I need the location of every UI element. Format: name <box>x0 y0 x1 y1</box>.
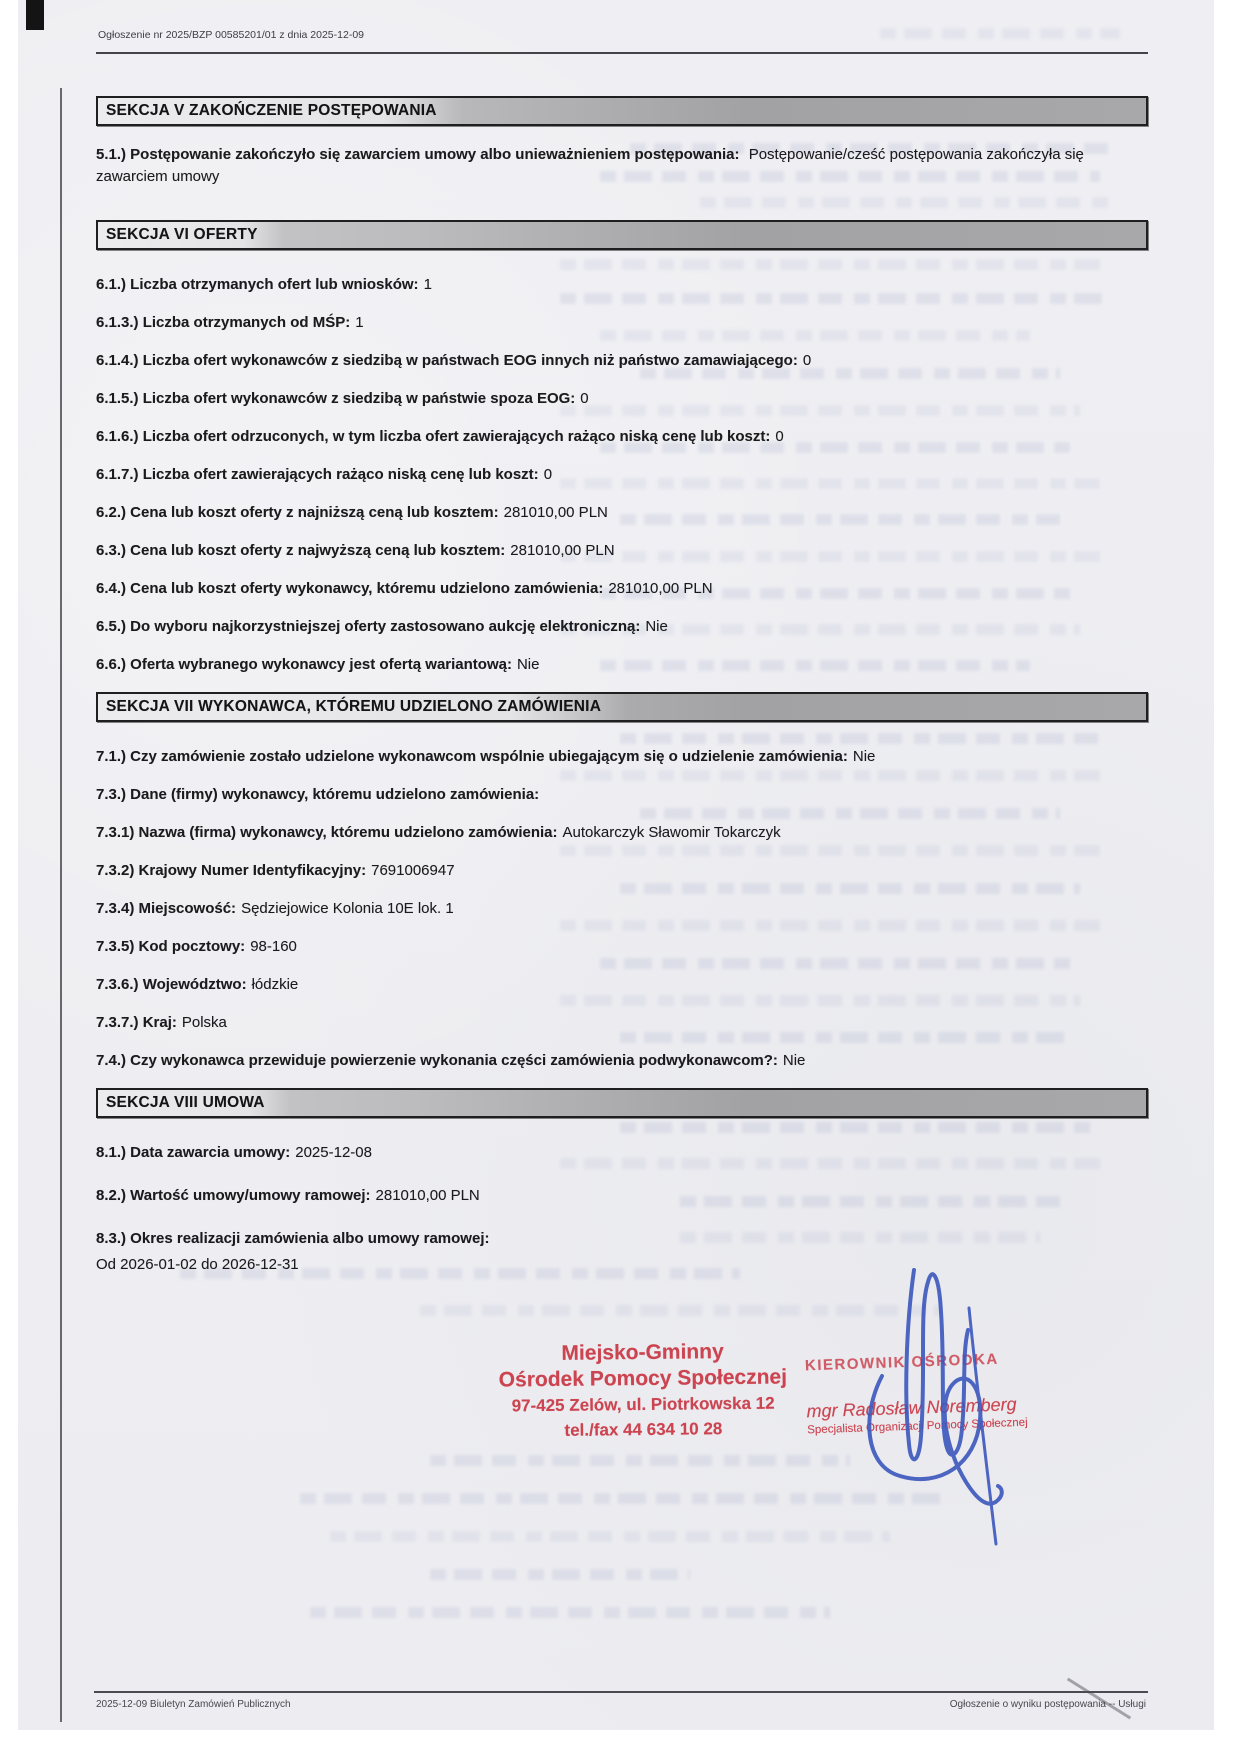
field-6-6: 6.6.) Oferta wybranego wykonawcy jest of… <box>96 654 1148 676</box>
spacer <box>96 250 1148 274</box>
field-label: 7.1.) Czy zamówienie zostało udzielone w… <box>96 748 848 765</box>
spacer <box>96 204 1148 220</box>
field-value: Nie <box>853 748 876 765</box>
field-label: 7.3.7.) Kraj: <box>96 1014 177 1031</box>
field-5-1: 5.1.) Postępowanie zakończyło się zawarc… <box>96 144 1148 188</box>
field-value: Nie <box>645 618 668 635</box>
field-label: 8.1.) Data zawarcia umowy: <box>96 1144 290 1161</box>
field-label: 8.2.) Wartość umowy/umowy ramowej: <box>96 1187 371 1204</box>
stamp-phone: tel./fax 44 634 10 28 <box>428 1415 858 1445</box>
scan-corner-mark <box>26 0 44 30</box>
field-value: Nie <box>783 1052 806 1069</box>
field-label: 7.3.4) Miejscowość: <box>96 900 236 917</box>
page-header: Ogłoszenie nr 2025/BZP 00585201/01 z dni… <box>98 29 364 41</box>
field-value: Autokarczyk Sławomir Tokarczyk <box>563 824 781 841</box>
field-label: 5.1.) Postępowanie zakończyło się zawarc… <box>96 146 740 163</box>
field-6-4: 6.4.) Cena lub koszt oferty wykonawcy, k… <box>96 578 1148 600</box>
field-label: 7.3.6.) Województwo: <box>96 976 247 993</box>
field-label: 6.1.3.) Liczba otrzymanych od MŚP: <box>96 314 350 331</box>
field-value: 281010,00 PLN <box>510 542 614 559</box>
field-value: 7691006947 <box>371 862 454 879</box>
footer-left: 2025-12-09 Biuletyn Zamówień Publicznych <box>96 1699 291 1710</box>
section-v-title: SEKCJA V ZAKOŃCZENIE POSTĘPOWANIA <box>98 98 463 124</box>
field-label: 7.3.5) Kod pocztowy: <box>96 938 245 955</box>
bleed-through-line <box>430 1569 690 1580</box>
field-label: 8.3.) Okres realizacji zamówienia albo u… <box>96 1230 489 1247</box>
field-value: 0 <box>544 466 552 483</box>
field-7-1: 7.1.) Czy zamówienie zostało udzielone w… <box>96 746 1148 768</box>
scan-edge-line <box>60 88 62 1722</box>
field-6-2: 6.2.) Cena lub koszt oferty z najniższą … <box>96 502 1148 524</box>
field-label: 6.4.) Cena lub koszt oferty wykonawcy, k… <box>96 580 603 597</box>
field-label: 6.1.7.) Liczba ofert zawierających rażąc… <box>96 466 539 483</box>
footer-rule <box>94 1691 1148 1693</box>
field-value: 2025-12-08 <box>295 1144 372 1161</box>
institution-stamp: Miejsko-Gminny Ośrodek Pomocy Społecznej… <box>427 1338 858 1444</box>
field-value: łódzkie <box>252 976 299 993</box>
section-viii-header: SEKCJA VIII UMOWA <box>96 1088 1148 1118</box>
bleed-through-line <box>330 1531 890 1542</box>
field-7-3-7: 7.3.7.) Kraj:Polska <box>96 1012 1148 1034</box>
section-v-header: SEKCJA V ZAKOŃCZENIE POSTĘPOWANIA <box>96 96 1148 126</box>
field-7-4: 7.4.) Czy wykonawca przewiduje powierzen… <box>96 1050 1148 1072</box>
header-rule <box>96 52 1148 54</box>
field-label: 6.3.) Cena lub koszt oferty z najwyższą … <box>96 542 505 559</box>
field-7-3-2: 7.3.2) Krajowy Numer Identyfikacyjny:769… <box>96 860 1148 882</box>
field-value: 281010,00 PLN <box>608 580 712 597</box>
field-6-1-7: 6.1.7.) Liczba ofert zawierających rażąc… <box>96 464 1148 486</box>
section-vi-title: SEKCJA VI OFERTY <box>98 222 284 248</box>
field-label: 6.6.) Oferta wybranego wykonawcy jest of… <box>96 656 512 673</box>
field-6-1-6: 6.1.6.) Liczba ofert odrzuconych, w tym … <box>96 426 1148 448</box>
spacer <box>96 1118 1148 1142</box>
field-7-3-5: 7.3.5) Kod pocztowy:98-160 <box>96 936 1148 958</box>
field-label: 7.3.2) Krajowy Numer Identyfikacyjny: <box>96 862 366 879</box>
field-7-3-6: 7.3.6.) Województwo:łódzkie <box>96 974 1148 996</box>
field-label: 6.1.) Liczba otrzymanych ofert lub wnios… <box>96 276 419 293</box>
field-8-2: 8.2.) Wartość umowy/umowy ramowej:281010… <box>96 1185 1148 1207</box>
section-vi-header: SEKCJA VI OFERTY <box>96 220 1148 250</box>
field-label: 7.3.1) Nazwa (firma) wykonawcy, któremu … <box>96 824 558 841</box>
section-viii-title: SEKCJA VIII UMOWA <box>98 1090 291 1116</box>
field-value: 281010,00 PLN <box>376 1187 480 1204</box>
field-7-3-4: 7.3.4) Miejscowość:Sędziejowice Kolonia … <box>96 898 1148 920</box>
field-value: Sędziejowice Kolonia 10E lok. 1 <box>241 900 454 917</box>
field-value: 1 <box>424 276 432 293</box>
section-vii-header: SEKCJA VII WYKONAWCA, KTÓREMU UDZIELONO … <box>96 692 1148 722</box>
handwritten-signature <box>818 1248 1058 1548</box>
field-label: 6.1.5.) Liczba ofert wykonawców z siedzi… <box>96 390 575 407</box>
field-6-1-4: 6.1.4.) Liczba ofert wykonawców z siedzi… <box>96 350 1148 372</box>
bleed-through-line <box>310 1607 830 1618</box>
spacer <box>96 722 1148 746</box>
field-6-3: 6.3.) Cena lub koszt oferty z najwyższą … <box>96 540 1148 562</box>
field-8-1: 8.1.) Data zawarcia umowy:2025-12-08 <box>96 1142 1148 1164</box>
field-value: 0 <box>580 390 588 407</box>
field-value: Nie <box>517 656 540 673</box>
field-label: 6.1.6.) Liczba ofert odrzuconych, w tym … <box>96 428 770 445</box>
field-6-1: 6.1.) Liczba otrzymanych ofert lub wnios… <box>96 274 1148 296</box>
field-6-1-5: 6.1.5.) Liczba ofert wykonawców z siedzi… <box>96 388 1148 410</box>
field-label: 7.3.) Dane (firmy) wykonawcy, któremu ud… <box>96 786 539 803</box>
spacer <box>96 126 1148 144</box>
field-6-5: 6.5.) Do wyboru najkorzystniejszej ofert… <box>96 616 1148 638</box>
field-label: 6.2.) Cena lub koszt oferty z najniższą … <box>96 504 499 521</box>
field-7-3: 7.3.) Dane (firmy) wykonawcy, któremu ud… <box>96 784 1148 806</box>
field-label: 6.1.4.) Liczba ofert wykonawców z siedzi… <box>96 352 798 369</box>
field-6-1-3: 6.1.3.) Liczba otrzymanych od MŚP:1 <box>96 312 1148 334</box>
footer-right: Ogłoszenie o wyniku postępowania -- Usłu… <box>950 1699 1146 1710</box>
field-value: Polska <box>182 1014 227 1031</box>
bleed-through-line <box>430 1455 850 1466</box>
field-value: 281010,00 PLN <box>504 504 608 521</box>
bleed-through-line <box>880 28 1120 39</box>
field-value: 0 <box>803 352 811 369</box>
field-7-3-1: 7.3.1) Nazwa (firma) wykonawcy, któremu … <box>96 822 1148 844</box>
field-value: 1 <box>355 314 363 331</box>
document-body: SEKCJA V ZAKOŃCZENIE POSTĘPOWANIA 5.1.) … <box>96 96 1148 1292</box>
field-value: 0 <box>775 428 783 445</box>
field-label: 7.4.) Czy wykonawca przewiduje powierzen… <box>96 1052 778 1069</box>
field-value: 98-160 <box>250 938 297 955</box>
field-label: 6.5.) Do wyboru najkorzystniejszej ofert… <box>96 618 640 635</box>
section-vii-title: SEKCJA VII WYKONAWCA, KTÓREMU UDZIELONO … <box>98 694 627 720</box>
